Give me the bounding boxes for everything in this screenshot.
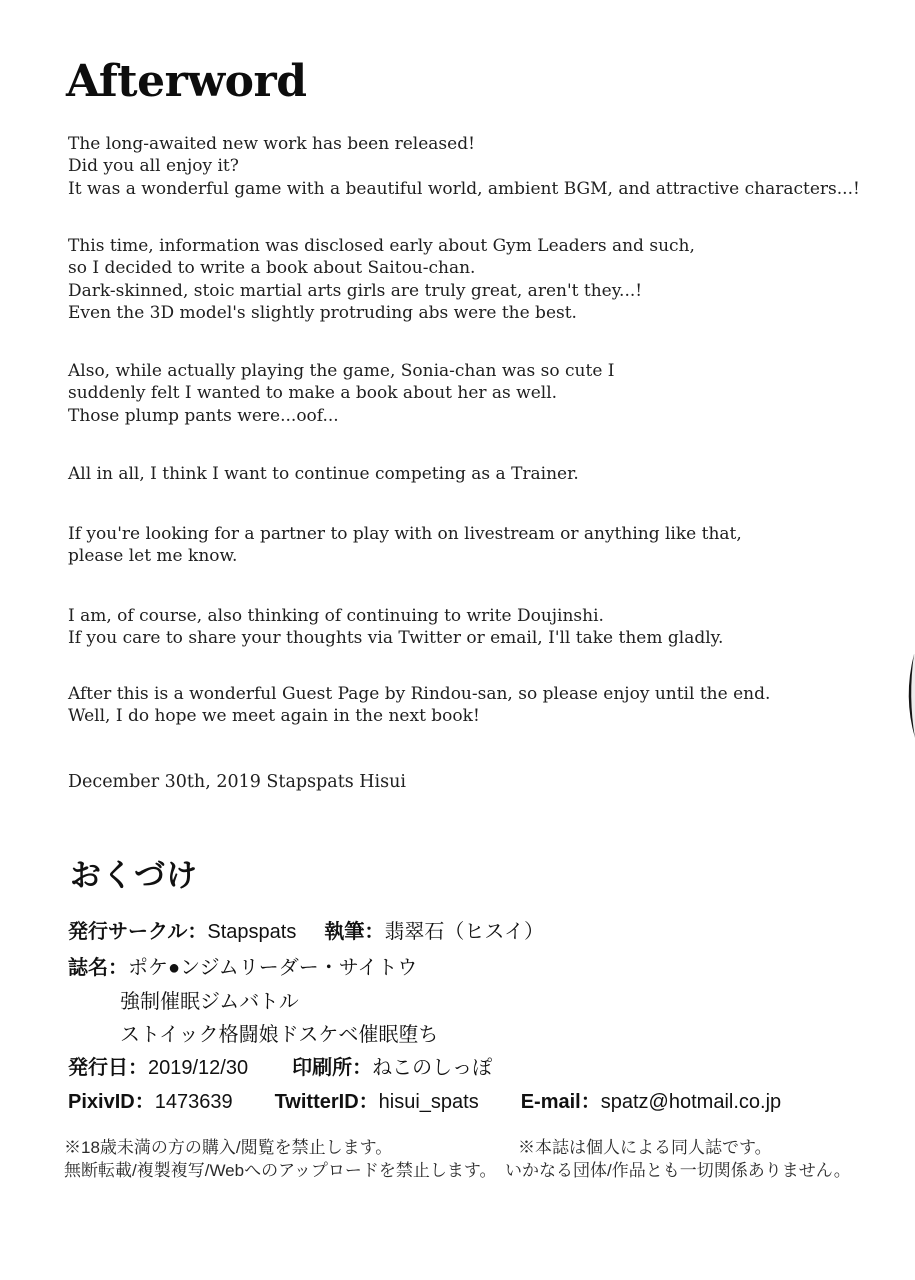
colophon-value: spatz@hotmail.co.jp bbox=[601, 1091, 781, 1113]
colophon-field-publish-date: 発行日：2019/12/30 bbox=[68, 1051, 248, 1080]
disclaimer-line: ※18歳未満の方の購入/閲覧を禁止します。 bbox=[64, 1136, 497, 1159]
afterword-line: so I decided to write a book about Saito… bbox=[68, 257, 695, 279]
disclaimer-line: ※本誌は個人による同人誌です。 bbox=[505, 1136, 851, 1159]
afterword-line: Also, while actually playing the game, S… bbox=[68, 360, 615, 382]
colophon-label: 執筆： bbox=[324, 921, 384, 943]
afterword-line: Well, I do hope we meet again in the nex… bbox=[68, 705, 770, 727]
colophon-label: TwitterID： bbox=[275, 1091, 379, 1113]
colophon-label: 印刷所： bbox=[292, 1057, 372, 1079]
afterword-paragraph: I am, of course, also thinking of contin… bbox=[68, 605, 723, 650]
afterword-line: It was a wonderful game with a beautiful… bbox=[68, 178, 860, 200]
afterword-page: Afterword The long-awaited new work has … bbox=[0, 0, 915, 1280]
afterword-line: Dark-skinned, stoic martial arts girls a… bbox=[68, 280, 695, 302]
colophon-field-printer: 印刷所：ねこのしっぽ bbox=[292, 1051, 492, 1080]
page-title: Afterword bbox=[66, 56, 306, 107]
colophon-value: 1473639 bbox=[155, 1091, 233, 1113]
colophon-heading: おくづけ bbox=[70, 850, 198, 895]
colophon-row: ストイック格闘娘ドスケベ催眠堕ち bbox=[120, 1018, 438, 1047]
colophon-field-author: 執筆：翡翠石（ヒスイ） bbox=[324, 915, 544, 944]
afterword-line: All in all, I think I want to continue c… bbox=[68, 463, 579, 485]
colophon-value: 翡翠石（ヒスイ） bbox=[384, 921, 544, 943]
afterword-line: Those plump pants were...oof... bbox=[68, 405, 615, 427]
colophon-label: 誌名： bbox=[68, 957, 128, 979]
signature-date-line: December 30th, 2019 Stapspats Hisui bbox=[68, 772, 406, 792]
colophon-value: Stapspats bbox=[207, 921, 296, 943]
colophon-label: 発行サークル： bbox=[68, 921, 207, 943]
afterword-line: Even the 3D model's slightly protruding … bbox=[68, 302, 695, 324]
colophon-label: PixivID： bbox=[68, 1091, 155, 1113]
disclaimer-line: いかなる団体/作品とも一切関係ありません。 bbox=[505, 1159, 851, 1182]
colophon-row: 発行日：2019/12/30 印刷所：ねこのしっぽ bbox=[68, 1051, 492, 1080]
afterword-line: please let me know. bbox=[68, 545, 742, 567]
colophon-value: 2019/12/30 bbox=[148, 1057, 248, 1079]
colophon-value: hisui_spats bbox=[379, 1091, 479, 1113]
page-edge-arc-decoration bbox=[893, 645, 915, 745]
colophon-field-book-title: 誌名：ポケ●ンジムリーダー・サイトウ bbox=[68, 951, 417, 980]
afterword-line: Did you all enjoy it? bbox=[68, 155, 860, 177]
colophon-value: ポケ●ンジムリーダー・サイトウ bbox=[128, 957, 417, 979]
afterword-paragraph: All in all, I think I want to continue c… bbox=[68, 463, 579, 485]
afterword-paragraph: The long-awaited new work has been relea… bbox=[68, 133, 860, 200]
afterword-line: suddenly felt I wanted to make a book ab… bbox=[68, 382, 615, 404]
afterword-line: The long-awaited new work has been relea… bbox=[68, 133, 860, 155]
colophon-value: ねこのしっぽ bbox=[372, 1057, 492, 1079]
colophon-field-circle: 発行サークル：Stapspats bbox=[68, 915, 296, 944]
disclaimer-line: 無断転載/複製複写/Webへのアップロードを禁止します。 bbox=[64, 1159, 497, 1182]
afterword-paragraph: If you're looking for a partner to play … bbox=[68, 523, 742, 568]
colophon-row: PixivID：1473639 TwitterID：hisui_spats E-… bbox=[68, 1085, 781, 1114]
colophon-label: 発行日： bbox=[68, 1057, 148, 1079]
colophon-row: 誌名：ポケ●ンジムリーダー・サイトウ bbox=[68, 951, 417, 980]
colophon-row: 強制催眠ジムバトル bbox=[120, 985, 299, 1014]
afterword-line: After this is a wonderful Guest Page by … bbox=[68, 683, 770, 705]
colophon-title-continuation: 強制催眠ジムバトル bbox=[120, 985, 299, 1014]
colophon-field-email: E-mail：spatz@hotmail.co.jp bbox=[521, 1085, 781, 1114]
afterword-paragraph: This time, information was disclosed ear… bbox=[68, 235, 695, 324]
colophon-title-continuation: ストイック格闘娘ドスケベ催眠堕ち bbox=[120, 1018, 438, 1047]
colophon-label: E-mail： bbox=[521, 1091, 601, 1113]
colophon-row: 発行サークル：Stapspats 執筆：翡翠石（ヒスイ） bbox=[68, 915, 544, 944]
afterword-paragraph: After this is a wonderful Guest Page by … bbox=[68, 683, 770, 728]
afterword-paragraph: Also, while actually playing the game, S… bbox=[68, 360, 615, 427]
afterword-line: If you're looking for a partner to play … bbox=[68, 523, 742, 545]
colophon-field-pixiv-id: PixivID：1473639 bbox=[68, 1085, 233, 1114]
afterword-line: This time, information was disclosed ear… bbox=[68, 235, 695, 257]
disclaimer-right-column: ※本誌は個人による同人誌です。 いかなる団体/作品とも一切関係ありません。 bbox=[505, 1136, 851, 1182]
afterword-line: If you care to share your thoughts via T… bbox=[68, 627, 723, 649]
disclaimer-left-column: ※18歳未満の方の購入/閲覧を禁止します。 無断転載/複製複写/Webへのアップ… bbox=[64, 1136, 497, 1182]
colophon-field-twitter-id: TwitterID：hisui_spats bbox=[275, 1085, 479, 1114]
afterword-line: I am, of course, also thinking of contin… bbox=[68, 605, 723, 627]
